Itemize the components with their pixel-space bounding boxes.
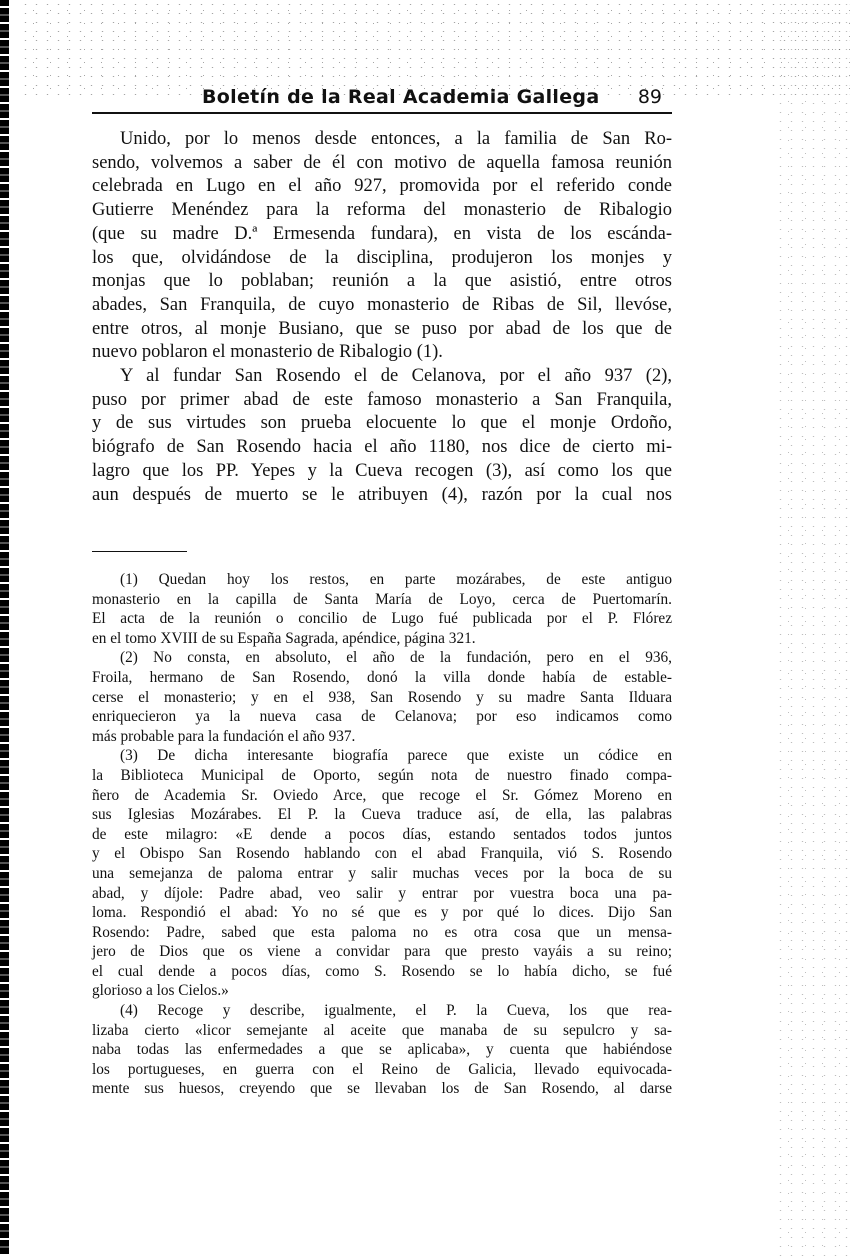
text-line: monjas que lo poblaban; reunión a la que…	[92, 270, 672, 294]
footnote-line: Froila, hermano de San Rosendo, donó la …	[92, 668, 672, 688]
footnote-line: el cual dende a pocos días, como S. Rose…	[92, 962, 672, 982]
text-line: abades, San Franquila, de cuyo monasteri…	[92, 294, 672, 318]
footnote-line: El acta de la reunión o concilio de Lugo…	[92, 609, 672, 629]
text-line: (que su madre D.ª Ermesenda fundara), en…	[92, 223, 672, 247]
text-line: nuevo poblaron el monasterio de Ribalogi…	[92, 341, 672, 365]
footnote-1: (1) Quedan hoy los restos, en parte mozá…	[92, 570, 672, 648]
text-line: puso por primer abad de este famoso mona…	[92, 389, 672, 413]
footnote-line: naba todas las enfermedades a que se apl…	[92, 1040, 672, 1060]
footnote-line: abad, y díjole: Padre abad, veo salir y …	[92, 884, 672, 904]
footnote-line: ñero de Academia Sr. Oviedo Arce, que re…	[92, 786, 672, 806]
footnote-line: sus Iglesias Mozárabes. El P. la Cueva t…	[92, 805, 672, 825]
text-line: y de sus virtudes son prueba elocuente l…	[92, 412, 672, 436]
journal-title: Boletín de la Real Academia Gallega	[202, 86, 599, 108]
footnote-line: lizaba cierto «licor semejante al aceite…	[92, 1021, 672, 1041]
footnote-line: (1) Quedan hoy los restos, en parte mozá…	[92, 570, 672, 590]
footnote-line: (2) No consta, en absoluto, el año de la…	[92, 648, 672, 668]
footnote-line: y el Obispo San Rosendo hablando con el …	[92, 844, 672, 864]
footnote-line: monasterio en la capilla de Santa María …	[92, 590, 672, 610]
footnote-2: (2) No consta, en absoluto, el año de la…	[92, 648, 672, 746]
text-line: Gutierre Menéndez para la reforma del mo…	[92, 199, 672, 223]
footnote-line: (3) De dicha interesante biografía parec…	[92, 746, 672, 766]
footnote-line: enriquecieron ya la nueva casa de Celano…	[92, 707, 672, 727]
footnote-line: más probable para la fundación el año 93…	[92, 727, 672, 747]
text-line: Y al fundar San Rosendo el de Celanova, …	[92, 365, 672, 389]
footnote-line: mente sus huesos, creyendo que se llevab…	[92, 1079, 672, 1099]
footnote-line: Rosendo: Padre, sabed que esta paloma no…	[92, 923, 672, 943]
footnote-line: los portugueses, en guerra con el Reino …	[92, 1060, 672, 1080]
text-line: los que, olvidándose de la disciplina, p…	[92, 247, 672, 271]
footnote-separator	[92, 551, 187, 552]
running-header: Boletín de la Real Academia Gallega 89	[92, 80, 672, 114]
footnote-line: cerse el monasterio; y en el 938, San Ro…	[92, 688, 672, 708]
footnote-line: la Biblioteca Municipal de Oporto, según…	[92, 766, 672, 786]
footnote-line: (4) Recoge y describe, igualmente, el P.…	[92, 1001, 672, 1021]
text-line: aun después de muerto se le atribuyen (4…	[92, 484, 672, 508]
footnote-line: una semejanza de paloma entrar y salir m…	[92, 864, 672, 884]
text-line: lagro que los PP. Yepes y la Cueva recog…	[92, 460, 672, 484]
main-text: Unido, por lo menos desde entonces, a la…	[92, 128, 672, 507]
footnote-4: (4) Recoge y describe, igualmente, el P.…	[92, 1001, 672, 1099]
scan-noise-right	[775, 0, 850, 1256]
page-number: 89	[638, 86, 662, 108]
footnote-line: loma. Respondió el abad: Yo no sé que es…	[92, 903, 672, 923]
footnote-line: de este milagro: «E dende a pocos días, …	[92, 825, 672, 845]
text-line: Unido, por lo menos desde entonces, a la…	[92, 128, 672, 152]
text-line: celebrada en Lugo en el año 927, promovi…	[92, 175, 672, 199]
footnote-line: glorioso a los Cielos.»	[92, 981, 672, 1001]
scan-binding-edge	[0, 0, 9, 1256]
text-line: entre otros, al monje Busiano, que se pu…	[92, 318, 672, 342]
footnotes: (1) Quedan hoy los restos, en parte mozá…	[92, 570, 672, 1099]
footnote-line: jero de Dios que os viene a convidar par…	[92, 942, 672, 962]
text-line: biógrafo de San Rosendo hacia el año 118…	[92, 436, 672, 460]
footnote-line: en el tomo XVIII de su España Sagrada, a…	[92, 629, 672, 649]
footnote-3: (3) De dicha interesante biografía parec…	[92, 746, 672, 1001]
text-line: sendo, volvemos a saber de él con motivo…	[92, 152, 672, 176]
